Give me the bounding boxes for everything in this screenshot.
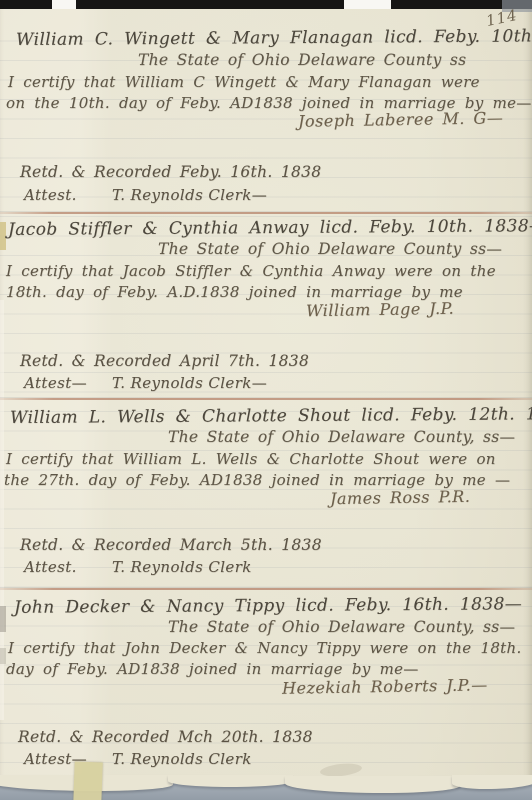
binding-notch xyxy=(52,0,76,9)
returned-recorded-line: Retd. & Recorded Mch 20th. 1838 xyxy=(18,728,313,746)
officiant-signature: Joseph Laberee M. G— xyxy=(298,108,504,131)
returned-recorded-line: Retd. & Recorded Feby. 16th. 1838 xyxy=(20,163,321,181)
binding-notch xyxy=(344,0,391,9)
entry-divider-rule xyxy=(0,212,532,214)
clerk-signature: T. Reynolds Clerk xyxy=(112,750,252,768)
left-edge-tape-fragment xyxy=(0,222,6,250)
clerk-signature: T. Reynolds Clerk xyxy=(112,558,252,576)
certification-line: 18th. day of Feby. A.D.1838 joined in ma… xyxy=(6,283,463,301)
certification-line: I certify that John Decker & Nancy Tippy… xyxy=(8,639,522,657)
officiant-signature: William Page J.P. xyxy=(306,299,454,321)
certification-line: the 27th. day of Feby. AD1838 joined in … xyxy=(4,471,510,489)
attest-label: Attest— xyxy=(24,374,87,392)
officiant-signature: Hezekiah Roberts J.P.— xyxy=(282,675,488,698)
record-heading: William C. Wingett & Mary Flanagan licd.… xyxy=(16,26,532,50)
certification-line: I certify that William C Wingett & Mary … xyxy=(8,73,480,91)
entry-divider-rule xyxy=(0,398,532,400)
state-county-line: The State of Ohio Delaware County, ss— xyxy=(168,428,515,446)
certification-line: I certify that Jacob Stiffler & Cynthia … xyxy=(6,262,496,280)
returned-recorded-line: Retd. & Recorded April 7th. 1838 xyxy=(20,352,309,370)
record-heading: Jacob Stiffler & Cynthia Anway licd. Feb… xyxy=(8,216,532,240)
clerk-signature: T. Reynolds Clerk— xyxy=(112,186,267,204)
returned-recorded-line: Retd. & Recorded March 5th. 1838 xyxy=(20,536,322,554)
officiant-signature: James Ross P.R. xyxy=(330,487,471,508)
state-county-line: The State of Ohio Delaware County, ss— xyxy=(168,618,515,636)
tape-repair xyxy=(73,762,102,800)
certification-line: day of Feby. AD1838 joined in marriage b… xyxy=(6,660,419,678)
clerk-signature: T. Reynolds Clerk— xyxy=(112,374,267,392)
state-county-line: The State of Ohio Delaware County ss xyxy=(138,51,466,69)
attest-label: Attest. xyxy=(24,558,77,576)
attest-label: Attest. xyxy=(24,186,77,204)
torn-paper-edge xyxy=(168,775,293,787)
record-heading: John Decker & Nancy Tippy licd. Feby. 16… xyxy=(14,594,522,618)
scanned-ledger-page: 114 William C. Wingett & Mary Flanagan l… xyxy=(0,0,532,800)
state-county-line: The State of Ohio Delaware County ss— xyxy=(158,240,502,258)
record-heading: William L. Wells & Charlotte Shout licd.… xyxy=(10,404,532,428)
left-edge-tear-mark xyxy=(0,606,6,632)
scan-top-edge xyxy=(0,0,532,9)
entry-divider-rule xyxy=(0,588,532,590)
certification-line: I certify that William L. Wells & Charlo… xyxy=(6,450,496,468)
